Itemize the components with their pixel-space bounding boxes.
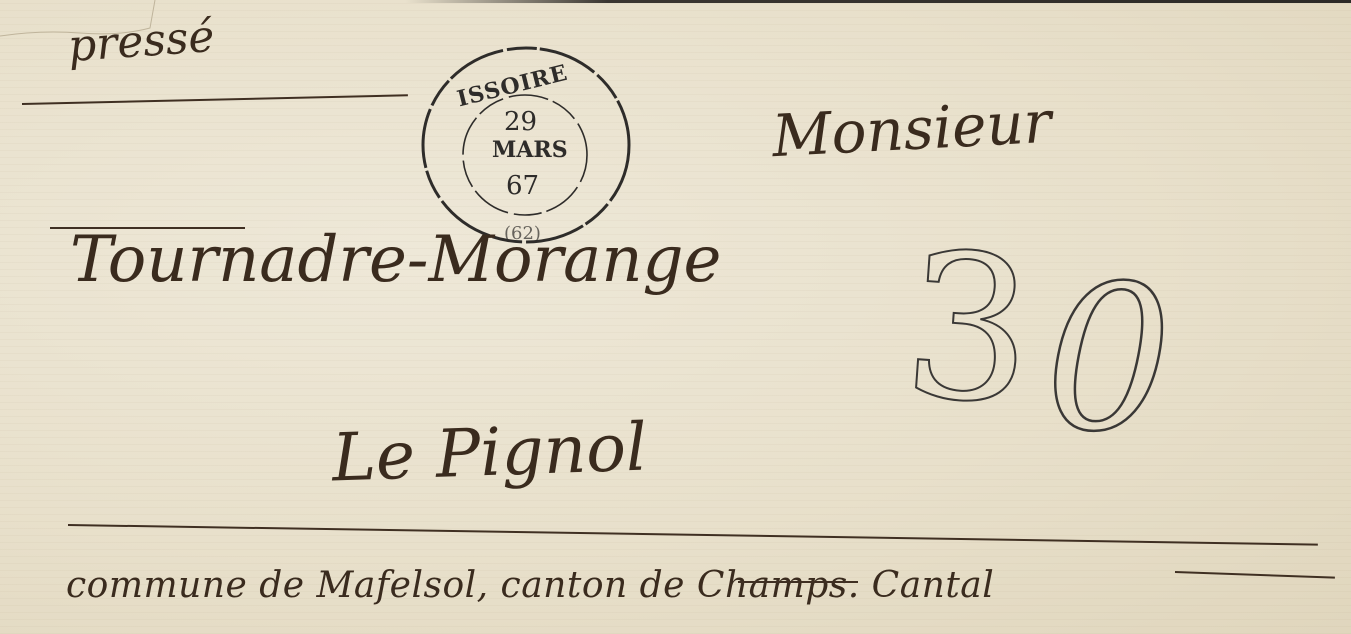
footer-cantal-overline: [1175, 571, 1335, 578]
tax-marking: 3 0: [905, 230, 1195, 470]
postmark-town: ISSOIRE: [455, 62, 570, 111]
addressee-name: Tournadre-Morange: [70, 228, 721, 292]
address-underline: [68, 524, 1318, 546]
footer-canton-overline: [738, 581, 858, 583]
salutation-monsieur: Monsieur: [771, 93, 1053, 166]
annotation-presse: pressé: [67, 15, 216, 69]
postmark-month: MARS: [492, 139, 568, 161]
envelope-cover: pressé ISSOIRE 29 MARS 67 (62) Monsieur …: [0, 0, 1351, 634]
annotation-underline: [22, 94, 408, 105]
tax-digit-0: 0: [1045, 260, 1172, 460]
top-edge-shadow: [0, 0, 1351, 3]
tax-digit-3: 3: [898, 226, 1039, 434]
postmark-day: 29: [504, 109, 537, 135]
footer-commune-line: commune de Mafelsol, canton de Champs. C…: [66, 568, 994, 604]
postmark: ISSOIRE 29 MARS 67 (62): [420, 45, 632, 250]
locality: Le Pignol: [331, 415, 648, 492]
postmark-year: 67: [506, 173, 539, 199]
